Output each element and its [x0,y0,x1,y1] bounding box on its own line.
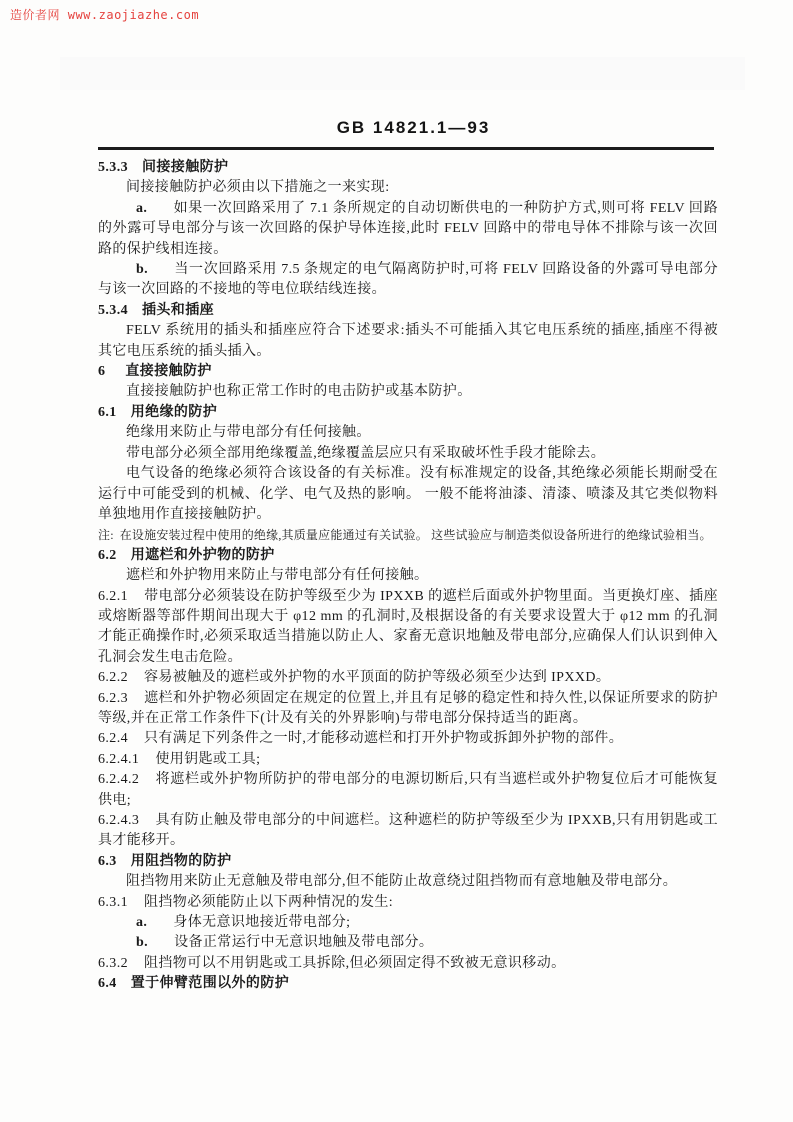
clause: 6.2.4.1使用钥匙或工具; [98,750,718,770]
para: 带电部分必须全部用绝缘覆盖,绝缘覆盖层应只有采取破坏性手段才能除去。 [98,444,718,464]
clause-number: 6 [98,364,105,379]
paragraph-text: 当一次回路采用 7.5 条规定的电气隔离防护时,可将 FELV 回路设备的外露可… [98,262,718,297]
paragraph-text: 遮栏和外护物用来防止与带电部分有任何接触。 [126,568,428,583]
paragraph-text: 绝缘用来防止与带电部分有任何接触。 [126,425,371,440]
paragraph-text: 带电部分必须装设在防护等级至少为 IPXXB 的遮栏后面或外护物里面。当更换灯座… [98,589,718,665]
paragraph-text: 如果一次回路采用了 7.1 条所规定的自动切断供电的一种防护方式,则可将 FEL… [98,201,718,257]
paragraph-text: 使用钥匙或工具; [155,752,260,767]
watermark-text: 造价者网 www.zaojiazhe.com [10,6,199,23]
paragraph-text: 只有满足下列条件之一时,才能移动遮栏和打开外护物或拆卸外护物的部件。 [144,731,623,746]
clause-number: 6.1 [98,405,117,420]
clause-title: 间接接触防护 [142,160,228,175]
clause-number: 5.3.3 [98,160,128,175]
clause: 6.2.4只有满足下列条件之一时,才能移动遮栏和打开外护物或拆卸外护物的部件。 [98,729,718,749]
clause-number: 6.2.4.2 [98,772,139,787]
item-label: 注: [98,528,114,542]
clause: 6.3.2阻挡物可以不用钥匙或工具拆除,但必须固定得不致被无意识移动。 [98,954,718,974]
clause: 6.2.4.2将遮栏或外护物所防护的带电部分的电源切断后,只有当遮栏或外护物复位… [98,770,718,811]
para: 阻挡物用来防止无意触及带电部分,但不能防止故意绕过阻挡物而有意地触及带电部分。 [98,872,718,892]
clause: 6.2.2容易被触及的遮栏或外护物的水平顶面的防护等级必须至少达到 IPXXD。 [98,668,718,688]
para: 直接接触防护也称正常工作时的电击防护或基本防护。 [98,382,718,402]
clause-number: 6.3 [98,854,117,869]
document-body: 5.3.3间接接触防护间接接触防护必须由以下措施之一来实现:a.如果一次回路采用… [98,158,718,995]
item-label: a. [136,201,147,216]
clause-number: 5.3.4 [98,303,128,318]
clause-title: 直接接触防护 [125,364,211,379]
paragraph-text: 直接接触防护也称正常工作时的电击防护或基本防护。 [126,384,472,399]
clause: 6.3.1阻挡物必须能防止以下两种情况的发生: [98,893,718,913]
page-header: GB 14821.1—93 [0,118,793,138]
paragraph-text: 阻挡物必须能防止以下两种情况的发生: [144,895,393,910]
note: 注:在设施安装过程中使用的绝缘,其质量应能通过有关试验。 这些试验应与制造类似设… [98,525,718,545]
clause-number: 6.2 [98,548,117,563]
clause-heading: 6.3用阻挡物的防护 [98,852,718,872]
clause-number: 6.2.2 [98,670,128,685]
clause: 6.2.4.3具有防止触及带电部分的中间遮栏。这种遮栏的防护等级至少为 IPXX… [98,811,718,852]
clause-number: 6.2.4.3 [98,813,139,828]
clause-heading: 6.1用绝缘的防护 [98,403,718,423]
clause-title: 用阻挡物的防护 [131,854,232,869]
paragraph-text: 在设施安装过程中使用的绝缘,其质量应能通过有关试验。 这些试验应与制造类似设备所… [120,528,712,542]
paragraph-text: 遮栏和外护物必须固定在规定的位置上,并且有足够的稳定性和持久性,以保证所要求的防… [98,691,718,726]
clause-number: 6.3.1 [98,895,128,910]
clause-number: 6.2.1 [98,589,128,604]
para: 遮栏和外护物用来防止与带电部分有任何接触。 [98,566,718,586]
clause-number: 6.2.3 [98,691,128,706]
item: a.身体无意识地接近带电部分; [98,913,718,933]
para: 电气设备的绝缘必须符合该设备的有关标准。没有标准规定的设备,其绝缘必须能长期耐受… [98,464,718,525]
clause: 6.2.1带电部分必须装设在防护等级至少为 IPXXB 的遮栏后面或外护物里面。… [98,587,718,669]
clause-heading: 5.3.4插头和插座 [98,301,718,321]
section-heading: 6直接接触防护 [98,362,718,382]
paragraph-text: FELV 系统用的插头和插座应符合下述要求:插头不可能插入其它电压系统的插座,插… [98,323,718,358]
item: b.当一次回路采用 7.5 条规定的电气隔离防护时,可将 FELV 回路设备的外… [98,260,718,301]
clause-title: 用绝缘的防护 [131,405,217,420]
item: b.设备正常运行中无意识地触及带电部分。 [98,933,718,953]
document-page: 造价者网 www.zaojiazhe.com GB 14821.1—93 5.3… [0,0,793,1122]
clause-number: 6.2.4.1 [98,752,139,767]
clause: 6.2.3遮栏和外护物必须固定在规定的位置上,并且有足够的稳定性和持久性,以保证… [98,689,718,730]
clause-heading: 6.4置于伸臂范围以外的防护 [98,974,718,994]
clause-title: 用遮栏和外护物的防护 [131,548,275,563]
item: a.如果一次回路采用了 7.1 条所规定的自动切断供电的一种防护方式,则可将 F… [98,199,718,260]
paragraph-text: 阻挡物可以不用钥匙或工具拆除,但必须固定得不致被无意识移动。 [144,956,566,971]
para: 绝缘用来防止与带电部分有任何接触。 [98,423,718,443]
clause-number: 6.3.2 [98,956,128,971]
item-label: a. [136,915,147,930]
paragraph-text: 间接接触防护必须由以下措施之一来实现: [126,180,390,195]
clause-title: 插头和插座 [142,303,214,318]
clause-heading: 6.2用遮栏和外护物的防护 [98,546,718,566]
item-label: b. [136,935,148,950]
header-rule [98,147,714,150]
paragraph-text: 阻挡物用来防止无意触及带电部分,但不能防止故意绕过阻挡物而有意地触及带电部分。 [126,874,677,889]
item-label: b. [136,262,148,277]
clause-number: 6.4 [98,976,117,991]
paragraph-text: 设备正常运行中无意识地触及带电部分。 [174,935,433,950]
paragraph-text: 电气设备的绝缘必须符合该设备的有关标准。没有标准规定的设备,其绝缘必须能长期耐受… [98,466,718,522]
clause-heading: 5.3.3间接接触防护 [98,158,718,178]
paragraph-text: 容易被触及的遮栏或外护物的水平顶面的防护等级必须至少达到 IPXXD。 [144,670,610,685]
paragraph-text: 具有防止触及带电部分的中间遮栏。这种遮栏的防护等级至少为 IPXXB,只有用钥匙… [98,813,718,848]
paragraph-text: 将遮栏或外护物所防护的带电部分的电源切断后,只有当遮栏或外护物复位后才可能恢复供… [98,772,718,807]
clause-title: 置于伸臂范围以外的防护 [131,976,289,991]
para: FELV 系统用的插头和插座应符合下述要求:插头不可能插入其它电压系统的插座,插… [98,321,718,362]
paragraph-text: 带电部分必须全部用绝缘覆盖,绝缘覆盖层应只有采取破坏性手段才能除去。 [126,446,605,461]
clause-number: 6.2.4 [98,731,128,746]
paragraph-text: 身体无意识地接近带电部分; [173,915,350,930]
standard-number: GB 14821.1—93 [337,118,491,138]
para: 间接接触防护必须由以下措施之一来实现: [98,178,718,198]
scan-artifact-band [60,57,745,90]
